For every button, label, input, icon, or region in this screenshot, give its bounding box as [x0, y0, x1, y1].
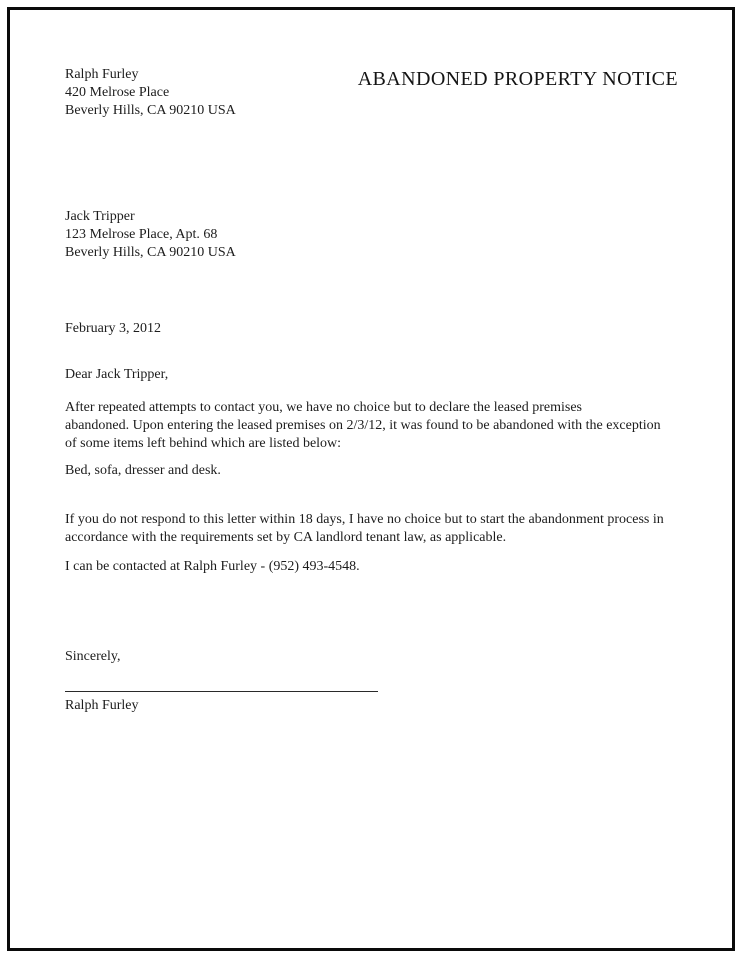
- body-paragraph-2: If you do not respond to this letter wit…: [65, 511, 664, 547]
- body-paragraph-1-line1: After repeated attempts to contact you, …: [65, 399, 661, 417]
- body-paragraph-2-line1: If you do not respond to this letter wit…: [65, 511, 664, 529]
- sender-address-line2: Beverly Hills, CA 90210 USA: [65, 102, 236, 120]
- letter-date: February 3, 2012: [65, 320, 161, 338]
- signature-name: Ralph Furley: [65, 697, 139, 715]
- page-border: Ralph Furley 420 Melrose Place Beverly H…: [7, 7, 735, 951]
- body-paragraph-2-line2: accordance with the requirements set by …: [65, 529, 664, 547]
- body-paragraph-1-line2: abandoned. Upon entering the leased prem…: [65, 417, 661, 435]
- closing: Sincerely,: [65, 648, 120, 666]
- body-paragraph-1-line3: of some items left behind which are list…: [65, 435, 661, 453]
- recipient-address-line2: Beverly Hills, CA 90210 USA: [65, 244, 236, 262]
- letter-title: ABANDONED PROPERTY NOTICE: [358, 68, 678, 91]
- salutation: Dear Jack Tripper,: [65, 366, 168, 384]
- items-line: Bed, sofa, dresser and desk.: [65, 462, 221, 480]
- document-canvas: Ralph Furley 420 Melrose Place Beverly H…: [0, 0, 742, 958]
- contact-line: I can be contacted at Ralph Furley - (95…: [65, 558, 360, 576]
- recipient-address-block: Jack Tripper 123 Melrose Place, Apt. 68 …: [65, 208, 236, 262]
- recipient-address-line1: 123 Melrose Place, Apt. 68: [65, 226, 236, 244]
- sender-name: Ralph Furley: [65, 66, 236, 84]
- body-paragraph-1: After repeated attempts to contact you, …: [65, 399, 661, 453]
- sender-address-block: Ralph Furley 420 Melrose Place Beverly H…: [65, 66, 236, 120]
- sender-address-line1: 420 Melrose Place: [65, 84, 236, 102]
- recipient-name: Jack Tripper: [65, 208, 236, 226]
- signature-line: [65, 691, 378, 692]
